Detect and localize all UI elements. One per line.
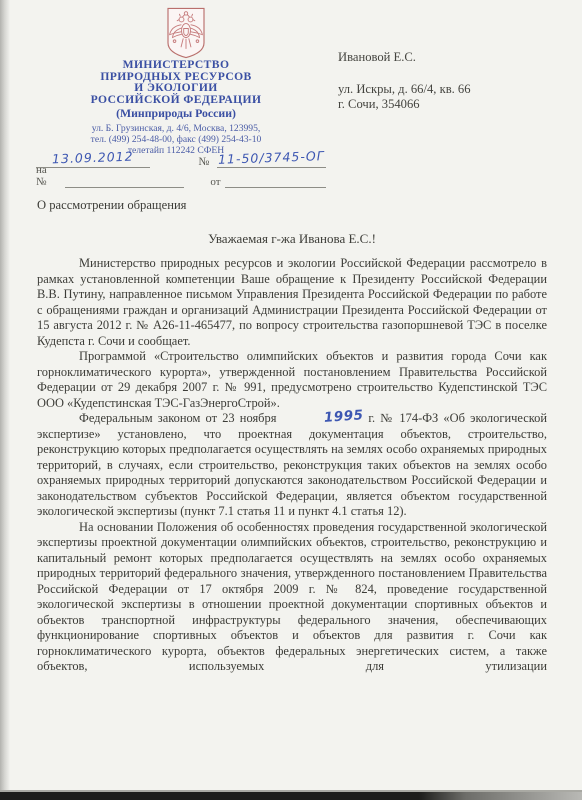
number-field: 11-50/3745-ОГ xyxy=(217,150,326,168)
handwritten-date: 13.09.2012 xyxy=(52,149,134,167)
addressee-name: Ивановой Е.С. xyxy=(338,50,563,65)
letter-body: Министерство природных ресурсов и эколог… xyxy=(37,256,547,675)
scan-edge-shadow-bottom xyxy=(0,792,582,800)
ministry-address-line: тел. (499) 254-48-00, факс (499) 254-43-… xyxy=(28,134,324,145)
double-headed-eagle-icon xyxy=(160,6,212,60)
ministry-short-name: (Минприроды России) xyxy=(28,107,324,120)
handwritten-number: 11-50/3745-ОГ xyxy=(218,148,325,167)
ministry-name-line: РОССИЙСКОЙ ФЕДЕРАЦИИ xyxy=(28,94,324,106)
body-paragraph-3: Федеральным законом от 23 ноября 1995 г.… xyxy=(37,411,547,520)
number-label: № xyxy=(198,156,209,168)
coat-of-arms-emblem xyxy=(160,6,212,60)
addressee-address-line: ул. Искры, д. 66/4, кв. 66 xyxy=(338,82,563,97)
reference-block: 13.09.2012 № 11-50/3745-ОГ на № от xyxy=(36,148,326,188)
body-paragraph-4: На основании Положения об особенностях п… xyxy=(37,520,547,675)
addressee-address-line: г. Сочи, 354066 xyxy=(338,97,563,112)
body-paragraph-2: Программой «Строительство олимпийских об… xyxy=(37,349,547,411)
from-label: от xyxy=(210,176,220,188)
scanned-letter-page: МИНИСТЕРСТВО ПРИРОДНЫХ РЕСУРСОВ И ЭКОЛОГ… xyxy=(0,0,582,800)
ministry-address-line: ул. Б. Грузинская, д. 4/6, Москва, 12399… xyxy=(28,123,324,134)
ministry-letterhead: МИНИСТЕРСТВО ПРИРОДНЫХ РЕСУРСОВ И ЭКОЛОГ… xyxy=(28,59,324,156)
on-number-field-blank xyxy=(65,170,184,188)
scan-edge-shadow-left xyxy=(0,0,10,800)
subject-line: О рассмотрении обращения xyxy=(37,198,186,213)
in-reply-line: на № от xyxy=(36,168,326,188)
date-number-line: 13.09.2012 № 11-50/3745-ОГ xyxy=(36,148,326,168)
addressee-block: Ивановой Е.С. ул. Искры, д. 66/4, кв. 66… xyxy=(338,50,563,112)
from-field-blank xyxy=(225,170,326,188)
salutation: Уважаемая г-жа Иванова Е.С.! xyxy=(37,231,547,247)
date-field: 13.09.2012 xyxy=(36,150,150,168)
paragraph-text: Федеральным законом от 23 ноября xyxy=(79,411,282,425)
body-paragraph-1: Министерство природных ресурсов и эколог… xyxy=(37,256,547,349)
ministry-name-line: МИНИСТЕРСТВО xyxy=(28,59,324,71)
on-number-label: на № xyxy=(36,164,59,188)
